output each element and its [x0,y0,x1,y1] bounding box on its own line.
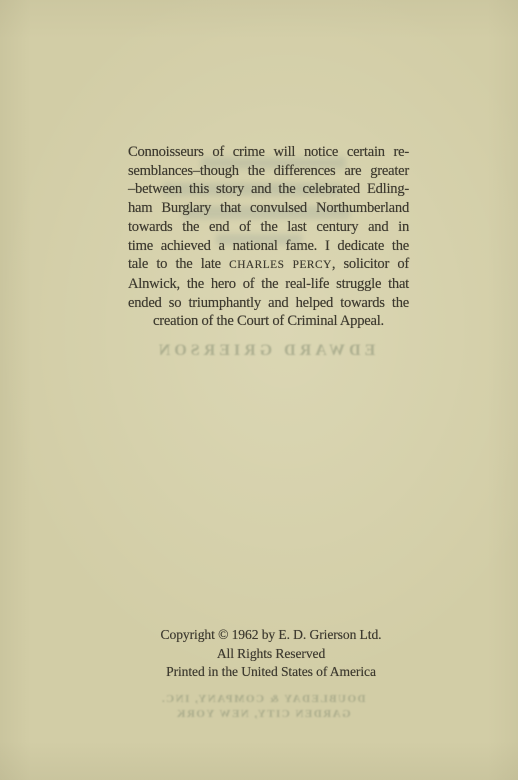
dedication-line: Alnwick, the hero of the real-life strug… [128,275,409,294]
dedicatee-name: CHARLES PERCY [229,259,332,271]
dedication-line: ham Burglary that convulsed Northumberla… [128,199,409,218]
dedication-line: towards the end of the last century and … [128,218,409,237]
dedication-line: time achieved a national fame. I dedicat… [128,237,409,256]
dedication-paragraph: Connoisseurs of crime will notice certai… [128,143,409,331]
show-through-author-name: EDWARD GRIERSON [0,342,518,360]
copyright-block: Copyright © 1962 by E. D. Grierson Ltd. … [0,626,518,682]
dedication-line: ended so triumphantly and helped towards… [128,294,409,313]
copyright-line: Copyright © 1962 by E. D. Grierson Ltd. [0,626,518,645]
dedication-line: –between this story and the celebrated E… [128,180,409,199]
rights-reserved-line: All Rights Reserved [0,645,518,664]
dedication-line: Connoisseurs of crime will notice certai… [128,143,409,162]
dedication-line-text: , solicitor of [332,256,409,272]
dedication-line: semblances–though the differences are gr… [128,162,409,181]
dedication-line-text: tale to the late [128,256,229,272]
show-through-publisher-city: GARDEN CITY, NEW YORK [0,707,518,722]
book-page: Connoisseurs of crime will notice certai… [0,0,518,780]
show-through-publisher: DOUBLEDAY & COMPANY, INC. GARDEN CITY, N… [0,692,518,722]
dedication-line: tale to the late CHARLES PERCY, solicito… [128,255,409,275]
show-through-publisher-name: DOUBLEDAY & COMPANY, INC. [0,692,518,707]
dedication-line: creation of the Court of Criminal Appeal… [128,312,409,331]
printed-in-line: Printed in the United States of America [0,663,518,682]
